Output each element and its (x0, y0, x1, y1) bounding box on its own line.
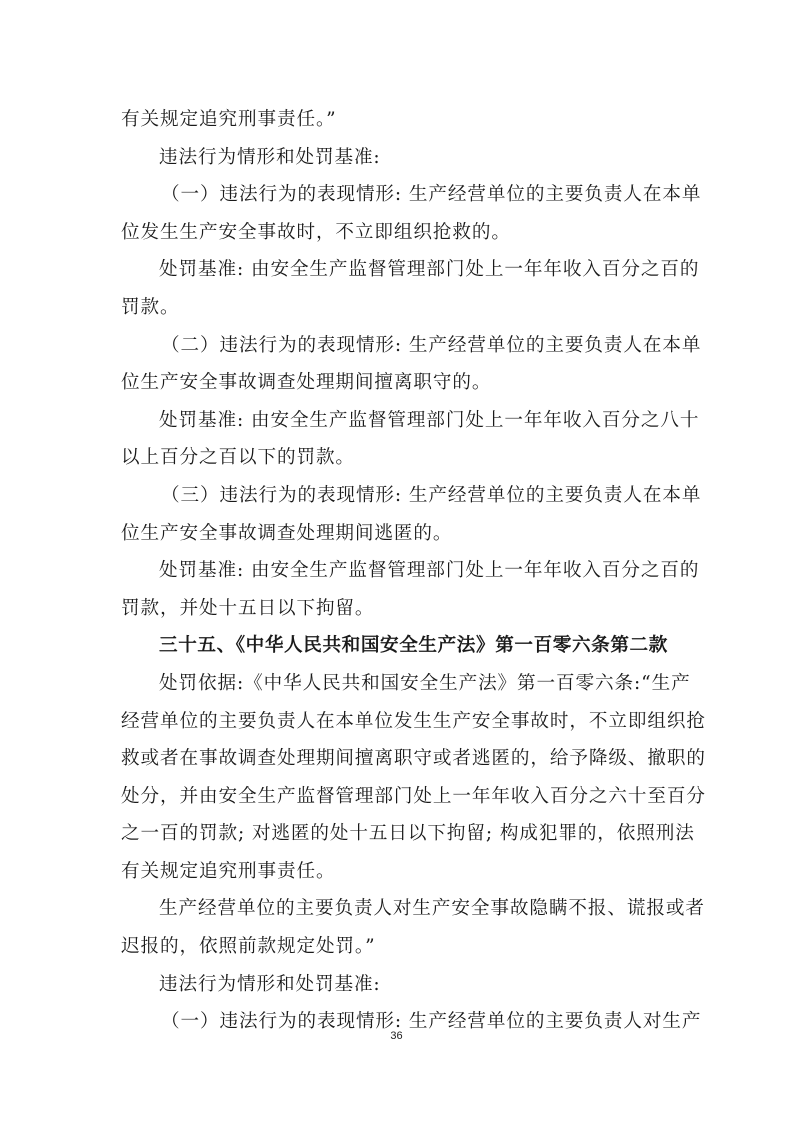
text-line: 以上百分之百以下的罚款。 (121, 439, 673, 477)
text-line: 有关规定追究刑事责任。 (121, 853, 673, 891)
text-line: （三）违法行为的表现情形: 生产经营单位的主要负责人在本单 (121, 477, 673, 515)
section-label: 违法行为情形和处罚基准: (121, 966, 673, 1004)
text-line: （一）违法行为的表现情形: 生产经营单位的主要负责人在本单 (121, 176, 673, 214)
text-line: 救或者在事故调查处理期间擅离职守或者逃匿的，给予降级、撤职的 (121, 740, 673, 778)
text-line: 有关规定追究刑事责任。” (121, 101, 673, 139)
section-label: 违法行为情形和处罚基准: (121, 139, 673, 177)
text-line: 迟报的，依照前款规定处罚。” (121, 928, 673, 966)
document-page: 有关规定追究刑事责任。” 违法行为情形和处罚基准: （一）违法行为的表现情形: … (121, 101, 673, 1041)
text-line: 罚款。 (121, 289, 673, 327)
text-line: 位生产安全事故调查处理期间逃匿的。 (121, 515, 673, 553)
page-number: 36 (0, 1030, 793, 1042)
text-line: 生产经营单位的主要负责人对生产安全事故隐瞒不报、谎报或者 (121, 890, 673, 928)
text-line: 处罚依据:《中华人民共和国安全生产法》第一百零六条:“生产 (121, 665, 673, 703)
section-heading: 三十五、《中华人民共和国安全生产法》第一百零六条第二款 (121, 627, 673, 665)
text-line: （二）违法行为的表现情形: 生产经营单位的主要负责人在本单 (121, 327, 673, 365)
text-line: 处分，并由安全生产监督管理部门处上一年年收入百分之六十至百分 (121, 778, 673, 816)
text-line: 之一百的罚款; 对逃匿的处十五日以下拘留; 构成犯罪的，依照刑法 (121, 815, 673, 853)
text-line: 处罚基准: 由安全生产监督管理部门处上一年年收入百分之八十 (121, 402, 673, 440)
text-line: 经营单位的主要负责人在本单位发生生产安全事故时，不立即组织抢 (121, 703, 673, 741)
text-line: 位生产安全事故调查处理期间擅离职守的。 (121, 364, 673, 402)
text-line: 处罚基准: 由安全生产监督管理部门处上一年年收入百分之百的 (121, 552, 673, 590)
text-line: 处罚基准: 由安全生产监督管理部门处上一年年收入百分之百的 (121, 251, 673, 289)
text-line: 罚款，并处十五日以下拘留。 (121, 590, 673, 628)
text-line: 位发生生产安全事故时，不立即组织抢救的。 (121, 214, 673, 252)
